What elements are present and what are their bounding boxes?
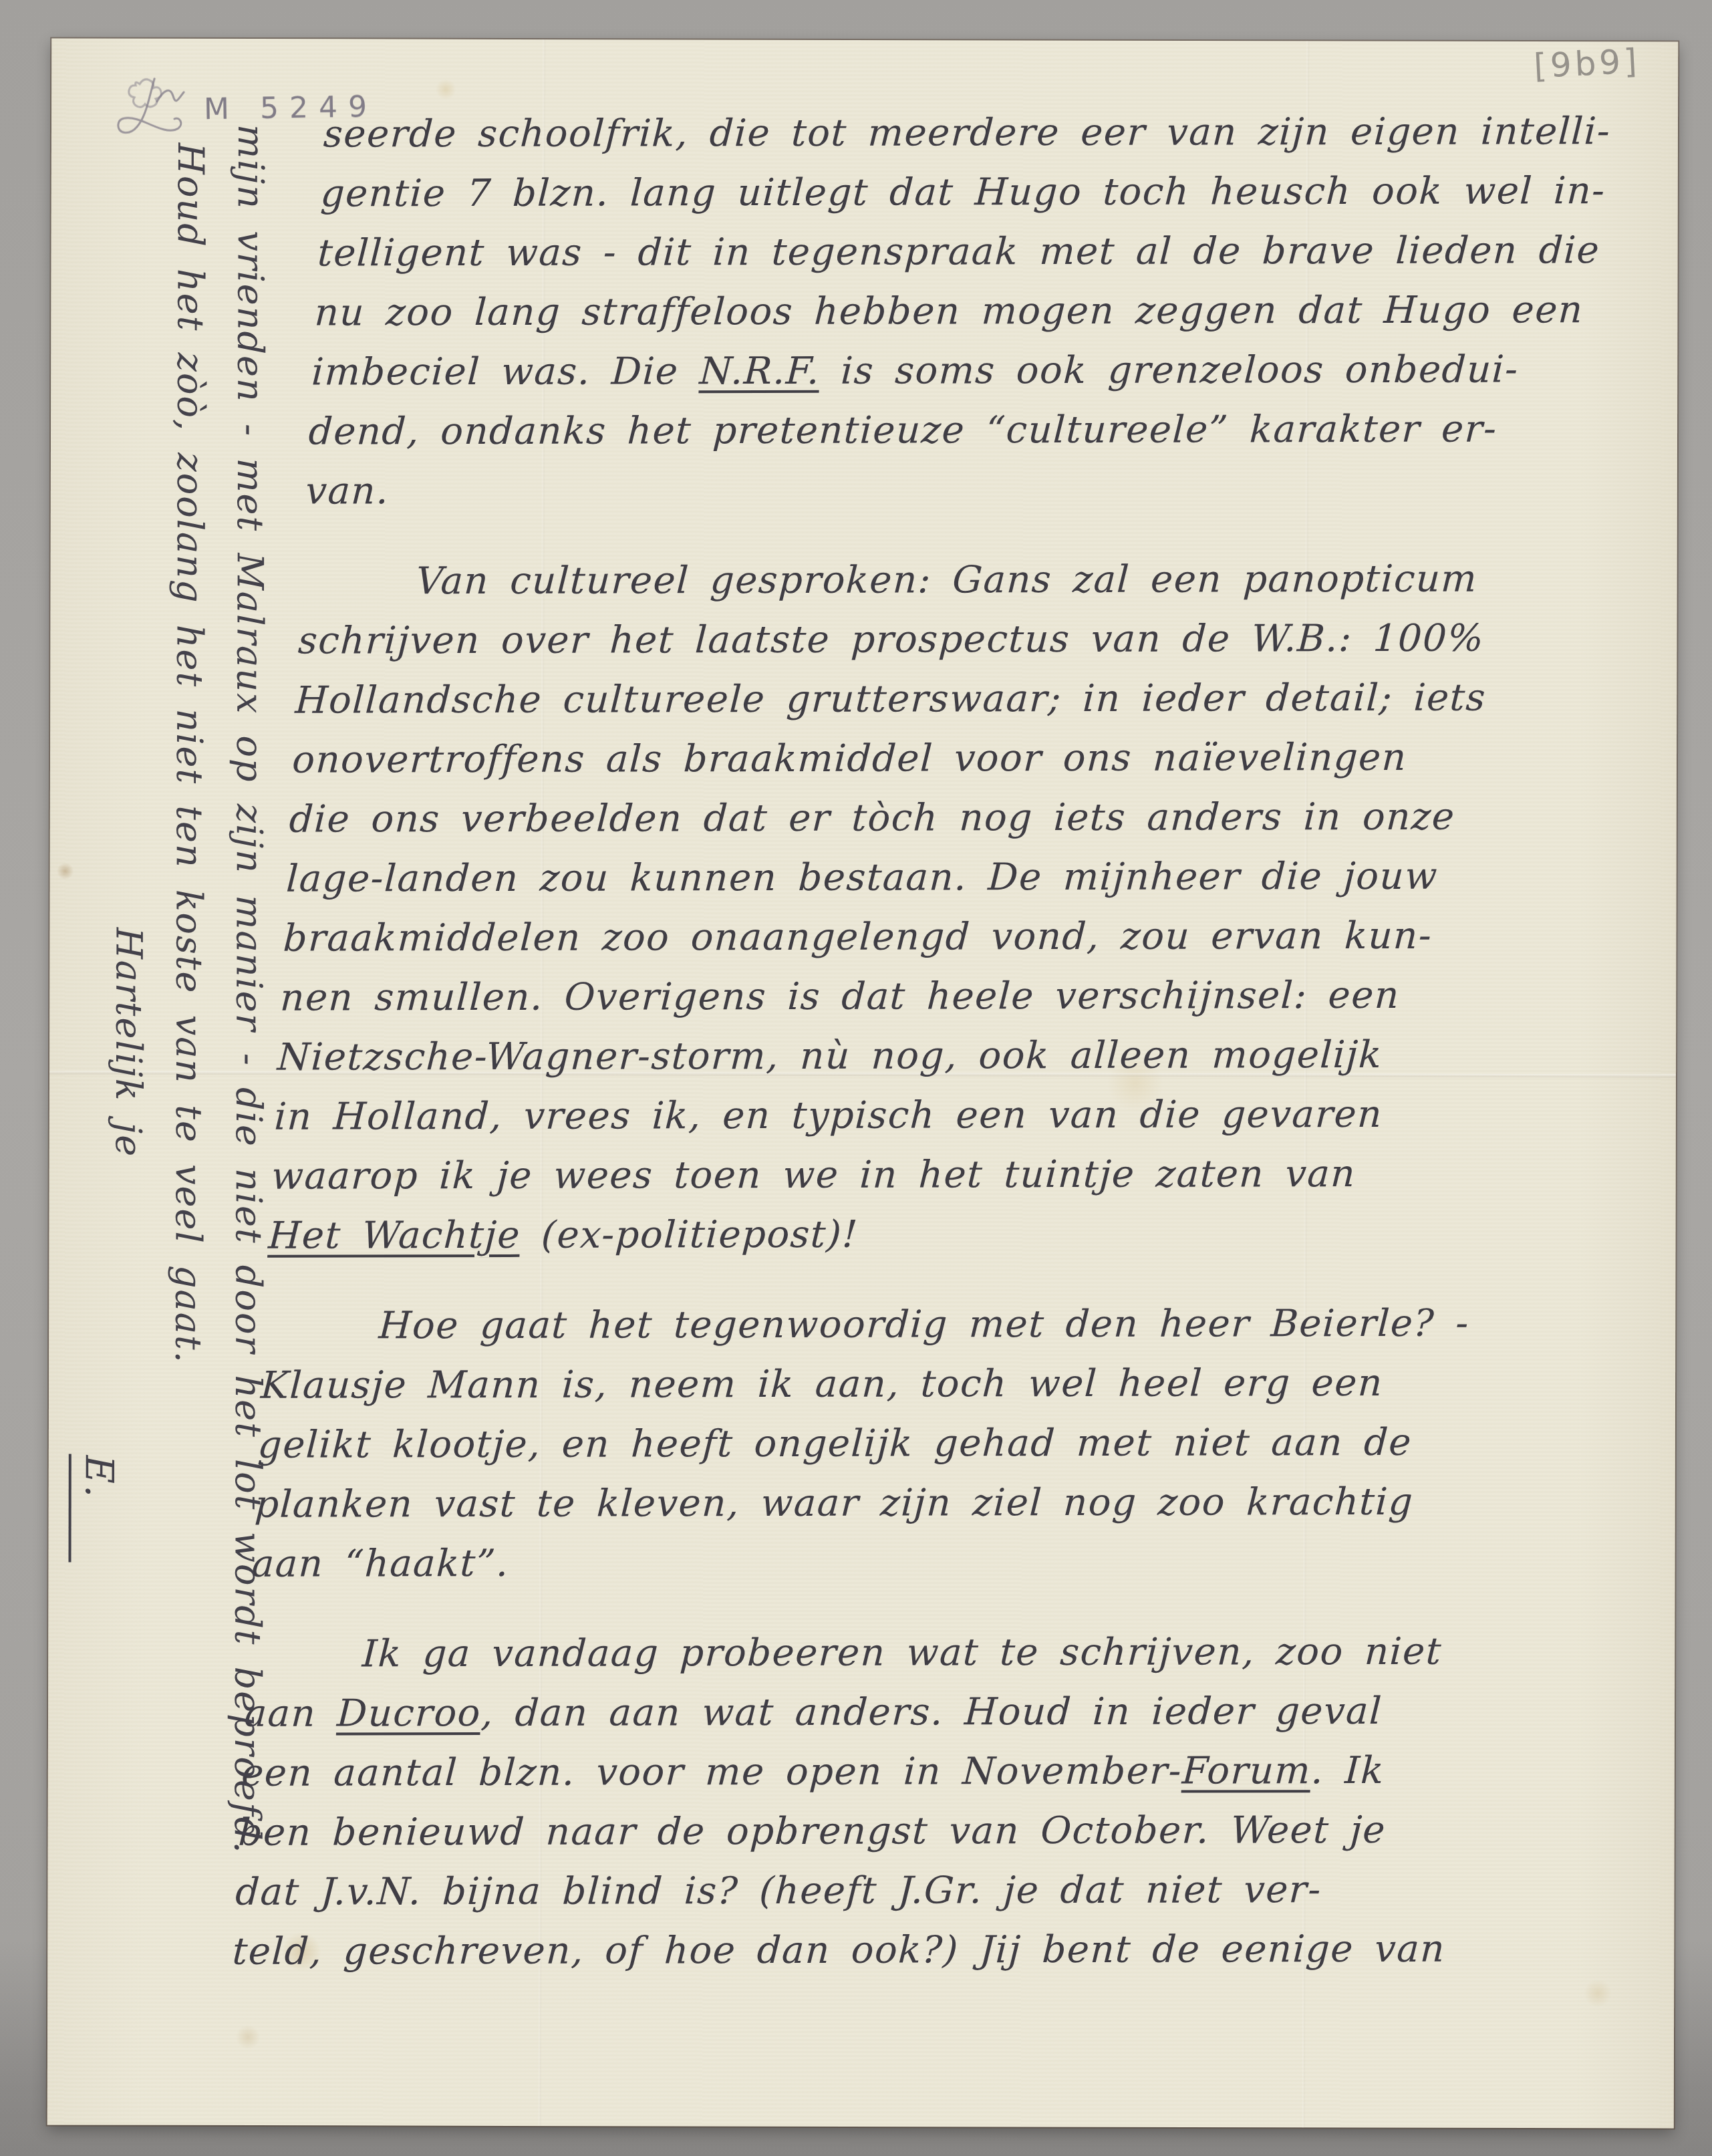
handwritten-line: schrijven over het laatste prospectus va… bbox=[297, 608, 1683, 671]
handwritten-line: gentie 7 blzn. lang uitlegt dat Hugo toc… bbox=[319, 161, 1705, 224]
handwritten-line: Hollandsche cultureele grutterswaar; in … bbox=[294, 668, 1680, 730]
archival-note: [9b9] bbox=[1533, 41, 1641, 86]
handwritten-line: Van cultureel gesproken: Gans zal een pa… bbox=[300, 549, 1686, 612]
handwritten-line: nen smullen. Overigens is dat heele vers… bbox=[279, 965, 1665, 1028]
handwritten-line: planken vast te kleven, waar zijn ziel n… bbox=[253, 1472, 1639, 1534]
handwritten-line: Klausje Mann is, neem ik aan, toch wel h… bbox=[259, 1353, 1645, 1416]
handwritten-line: ben benieuwd naar de opbrengst van Octob… bbox=[237, 1800, 1623, 1863]
scanned-letter-screen: M 5249 [9b9] seerde schoolfrik, die tot … bbox=[0, 0, 1712, 2156]
handwritten-line: nu zoo lang straffeloos hebben mogen zeg… bbox=[313, 280, 1699, 343]
signature-initial: E. bbox=[68, 1454, 122, 1563]
handwritten-line: Het Wachtje (ex-politiepost)! bbox=[267, 1203, 1653, 1266]
handwritten-line: aan “haakt”. bbox=[251, 1531, 1636, 1594]
margin-note-line: mijn vrienden - met Malraux op zijn mani… bbox=[227, 124, 272, 1855]
handwritten-line: Hoe gaat het tegenwoordig met den heer B… bbox=[263, 1293, 1649, 1356]
handwritten-line: Nietzsche-Wagner-storm, nù nog, ook alle… bbox=[276, 1025, 1662, 1087]
margin-closing: Hartelijk je bbox=[108, 928, 150, 1158]
handwritten-line: aan Ducroo, dan aan wat anders. Houd in … bbox=[243, 1681, 1629, 1744]
handwritten-line: dend, ondanks het pretentieuze “culturee… bbox=[307, 399, 1693, 462]
paragraph: Hoe gaat het tegenwoordig met den heer B… bbox=[251, 1293, 1649, 1594]
signature: E. bbox=[68, 1454, 122, 1563]
paragraph: seerde schoolfrik, die tot meerdere eer … bbox=[304, 102, 1708, 521]
handwritten-line: een aantal blzn. voor me open in Novembe… bbox=[240, 1740, 1626, 1803]
paragraph: Ik ga vandaag probeeren wat te schrijven… bbox=[231, 1621, 1632, 1982]
handwritten-line: dat J.v.N. bijna blind is? (heeft J.Gr. … bbox=[234, 1859, 1620, 1922]
paragraph: Van cultureel gesproken: Gans zal een pa… bbox=[267, 549, 1686, 1266]
handwritten-line: teld, geschreven, of hoe dan ook?) Jij b… bbox=[231, 1919, 1617, 1982]
handwritten-line: in Holland, vrees ik, en typisch een van… bbox=[273, 1084, 1659, 1147]
handwritten-line: Ik ga vandaag probeeren wat te schrijven… bbox=[246, 1621, 1632, 1684]
handwritten-line: van. bbox=[304, 458, 1690, 521]
margin-note-line: Houd het zòò, zoolang het niet ten koste… bbox=[167, 143, 212, 1364]
handwritten-line: braakmiddelen zoo onaangelengd vond, zou… bbox=[282, 906, 1668, 968]
handwritten-line: telligent was - dit in tegenspraak met a… bbox=[316, 221, 1702, 283]
handwritten-line: gelikt klootje, en heeft ongelijk gehad … bbox=[257, 1412, 1643, 1475]
letter-page: M 5249 [9b9] seerde schoolfrik, die tot … bbox=[47, 38, 1679, 2128]
handwritten-line: onovertroffens als braakmiddel voor ons … bbox=[291, 727, 1677, 790]
handwritten-line: waarop ik je wees toen we in het tuintje… bbox=[270, 1143, 1656, 1206]
letter-body: seerde schoolfrik, die tot meerdere eer … bbox=[231, 102, 1709, 1982]
stamp-crest-icon bbox=[113, 71, 200, 144]
handwritten-line: die ons verbeelden dat er tòch nog iets … bbox=[288, 787, 1674, 849]
handwritten-line: imbeciel was. Die N.R.F. is soms ook gre… bbox=[310, 340, 1696, 402]
handwritten-line: lage-landen zou kunnen bestaan. De mijnh… bbox=[285, 846, 1671, 909]
handwritten-line: seerde schoolfrik, die tot meerdere eer … bbox=[322, 102, 1708, 164]
